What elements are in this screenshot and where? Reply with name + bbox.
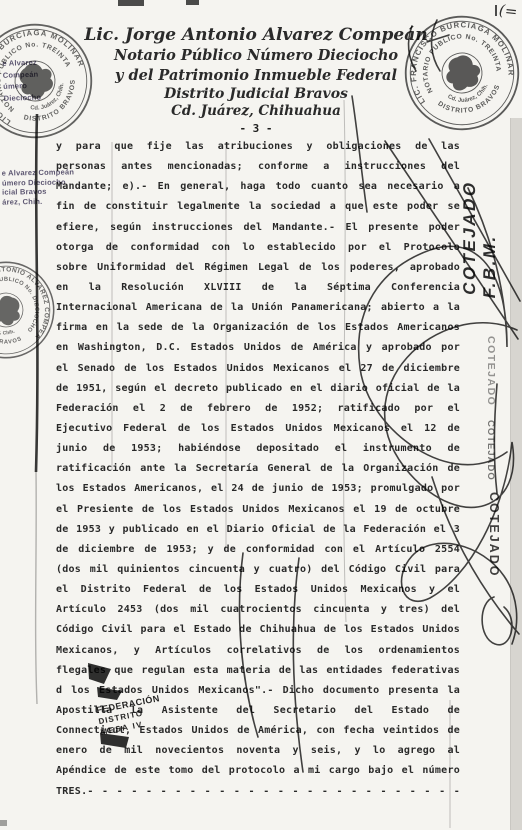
body-line: enero de mil novecientos noventa y seis,… [56, 745, 460, 765]
body-line: otorga de conformidad con lo establecido… [56, 242, 460, 262]
body-line: Ejecutivo Federal de los Estados Unidos … [56, 423, 460, 443]
cotejado-fbm-stamp: COTEJADO F.B.M. [460, 151, 482, 297]
info-stamp-line: e Alvarez Compeán [2, 56, 53, 81]
body-line: sobre Uniformidad del Régimen Legal de l… [56, 262, 460, 282]
body-line: de 1953 y publicado en el Diario Oficial… [56, 524, 460, 544]
corner-mark: (= [498, 1, 518, 21]
page: Lic. Jorge Antonio Alvarez Compeán Notar… [0, 0, 522, 830]
cotejado-stamp-2: COTEJADO [485, 420, 496, 484]
cotejado-stamp-3: COTEJADO [487, 492, 501, 578]
body-line: Federación el 2 de febrero de 1952; rati… [56, 403, 460, 423]
body-line: el Presiente de los Estados Unidos Mexic… [56, 504, 460, 524]
body-line: Internacional Americana de la Unión Pana… [56, 302, 460, 322]
body-line: de 1951, según el decreto publicado en e… [56, 383, 460, 403]
header-notary-title: Notario Público Número Dieciocho [62, 46, 450, 66]
scan-edge-shadow [510, 118, 522, 830]
body-line: los Estados Americanos, el 24 de junio d… [56, 483, 460, 503]
header-city: Cd. Juárez, Chihuahua [62, 103, 450, 120]
body-line: junio de 1953; habiéndose depositado el … [56, 443, 460, 463]
body-line: en la Resolución XLVIII de la Séptima Co… [56, 282, 460, 302]
body-line: Apéndice de este tomo del protocolo a mi… [56, 765, 460, 785]
body-line: el Senado de los Estados Unidos Mexicano… [56, 363, 460, 383]
svg-text:LIC. FRANCISCO BURCIAGA MOLINA: LIC. FRANCISCO BURCIAGA MOLINAR [396, 7, 519, 107]
body-line: Artículo 2453 (dos mil cuatrocientos cin… [56, 604, 460, 624]
body-line: efiere, según instrucciones del Mandante… [56, 222, 460, 242]
body-line: en Washington, D.C. Estados Unidos de Am… [56, 342, 460, 362]
left-scan-line-faint [36, 472, 37, 704]
body-line: y para que fije las atribuciones y oblig… [56, 141, 460, 161]
body-line: firma en la sede de la Organización de l… [56, 322, 460, 342]
cotejado-stamp-1: COTEJADO [485, 336, 497, 412]
info-stamp-line: e Alvarez Compeán [2, 167, 74, 178]
body-line: flegales que regulan esta materia de las… [56, 665, 460, 685]
body-line: personas antes mencionadas; conforme a i… [56, 161, 460, 181]
body-line: el Distrito Federal de los Estados Unido… [56, 584, 460, 604]
body-line: fin de constituir legalmente la sociedad… [56, 201, 460, 221]
body-line: de diciembre de 1953; y de conformidad c… [56, 544, 460, 564]
body-line: Mexicanos, y Artículos correlativos de l… [56, 645, 460, 665]
body-line: TRES.- - - - - - - - - - - - - - - - - -… [56, 786, 460, 806]
info-stamp-line: árez, Chih. [2, 196, 74, 207]
body-line: (dos mil quinientos cincuenta y cuatro) … [56, 564, 460, 584]
notary-info-stamp-top: e Alvarez Compeán úmero Dieciocho icial … [2, 56, 54, 104]
body-line: Mandante; e).- En general, haga todo cua… [56, 181, 460, 201]
eagle-emblem-icon [0, 291, 26, 329]
body-line: Código Civil para el Estado de Chihuahua… [56, 624, 460, 644]
seal-top-arc-text: LIC. FRANCISCO BURCIAGA MOLINAR [396, 7, 519, 107]
header-federal-title: y del Patrimonio Inmueble Federal [62, 66, 450, 85]
body-line: ratificación ante la Secretaría General … [56, 463, 460, 483]
header-district: Distrito Judicial Bravos [62, 85, 450, 103]
info-stamp-line: úmero Dieciocho [3, 79, 54, 104]
page-number: - 3 - [62, 122, 450, 136]
notary-info-stamp: e Alvarez Compeán úmero Dieciocho icial … [2, 167, 75, 206]
